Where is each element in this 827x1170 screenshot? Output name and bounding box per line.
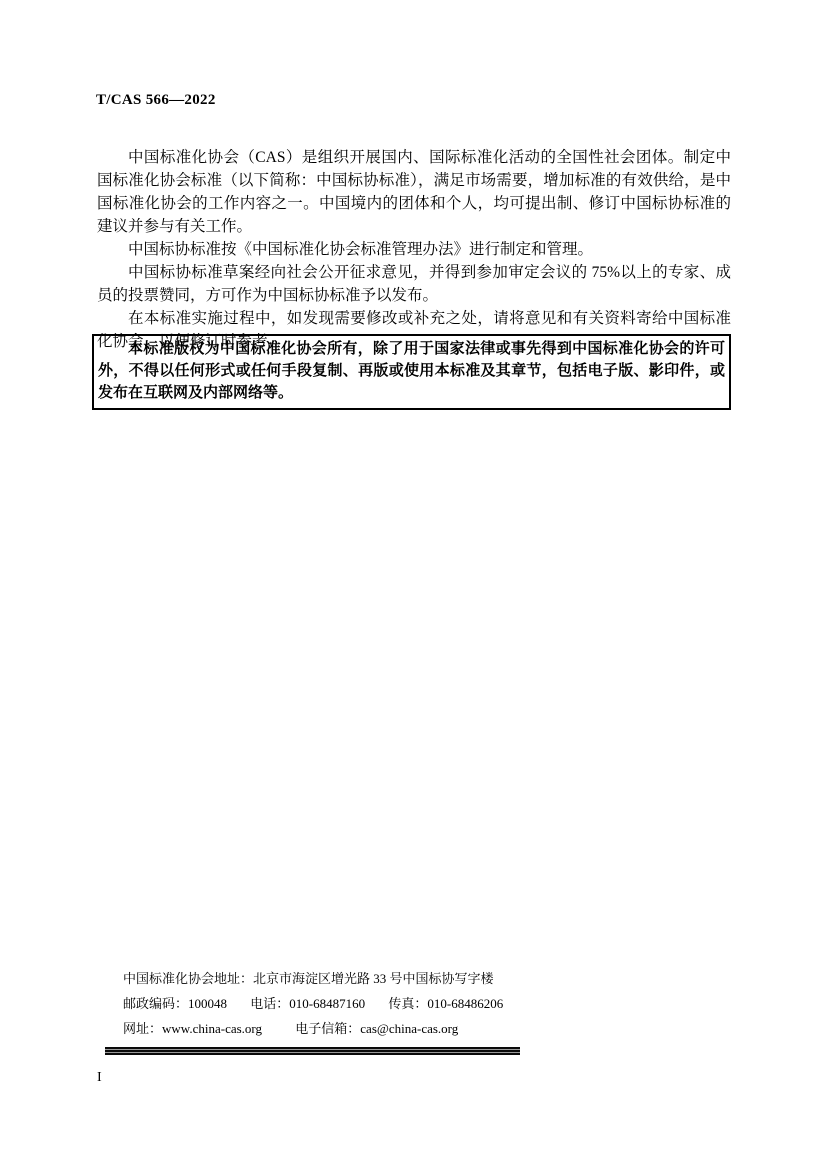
footer-separator-rule [105,1047,520,1055]
email-label: 电子信箱： [295,1021,360,1036]
fax-label: 传真： [388,996,427,1011]
website-value: www.china-cas.org [162,1021,262,1036]
foreword-paragraph-3: 中国标协标准草案经向社会公开征求意见，并得到参加审定会议的 75%以上的专家、成… [97,261,731,307]
standard-number-header: T/CAS 566—2022 [96,92,216,109]
foreword-paragraph-2: 中国标协标准按《中国标准化协会标准管理办法》进行制定和管理。 [97,238,731,261]
copyright-notice-text: 本标准版权为中国标准化协会所有，除了用于国家法律或事先得到中国标准化协会的许可外… [98,338,725,404]
page-number: I [97,1070,102,1086]
copyright-notice-box: 本标准版权为中国标准化协会所有，除了用于国家法律或事先得到中国标准化协会的许可外… [92,334,731,410]
address-text: 中国标准化协会地址：北京市海淀区增光路 33 号中国标协写字楼 [123,971,494,986]
foreword-paragraph-1: 中国标准化协会（CAS）是组织开展国内、国际标准化活动的全国性社会团体。制定中国… [97,146,731,238]
phone-label: 电话： [250,996,289,1011]
footer-contact-line: 邮政编码：100048 电话：010-68487160 传真：010-68486… [123,991,503,1016]
footer-address-line: 中国标准化协会地址：北京市海淀区增光路 33 号中国标协写字楼 [123,966,503,991]
document-page: T/CAS 566—2022 中国标准化协会（CAS）是组织开展国内、国际标准化… [0,0,827,1170]
postal-code-value: 100048 [188,996,227,1011]
postal-code-label: 邮政编码： [123,996,188,1011]
footer-web-line: 网址：www.china-cas.org 电子信箱：cas@china-cas.… [123,1016,503,1041]
phone-value: 010-68487160 [289,996,365,1011]
publisher-contact-block: 中国标准化协会地址：北京市海淀区增光路 33 号中国标协写字楼 邮政编码：100… [123,966,503,1041]
fax-value: 010-68486206 [427,996,503,1011]
email-value: cas@china-cas.org [360,1021,458,1036]
website-label: 网址： [123,1021,162,1036]
foreword-text-block: 中国标准化协会（CAS）是组织开展国内、国际标准化活动的全国性社会团体。制定中国… [97,146,731,353]
